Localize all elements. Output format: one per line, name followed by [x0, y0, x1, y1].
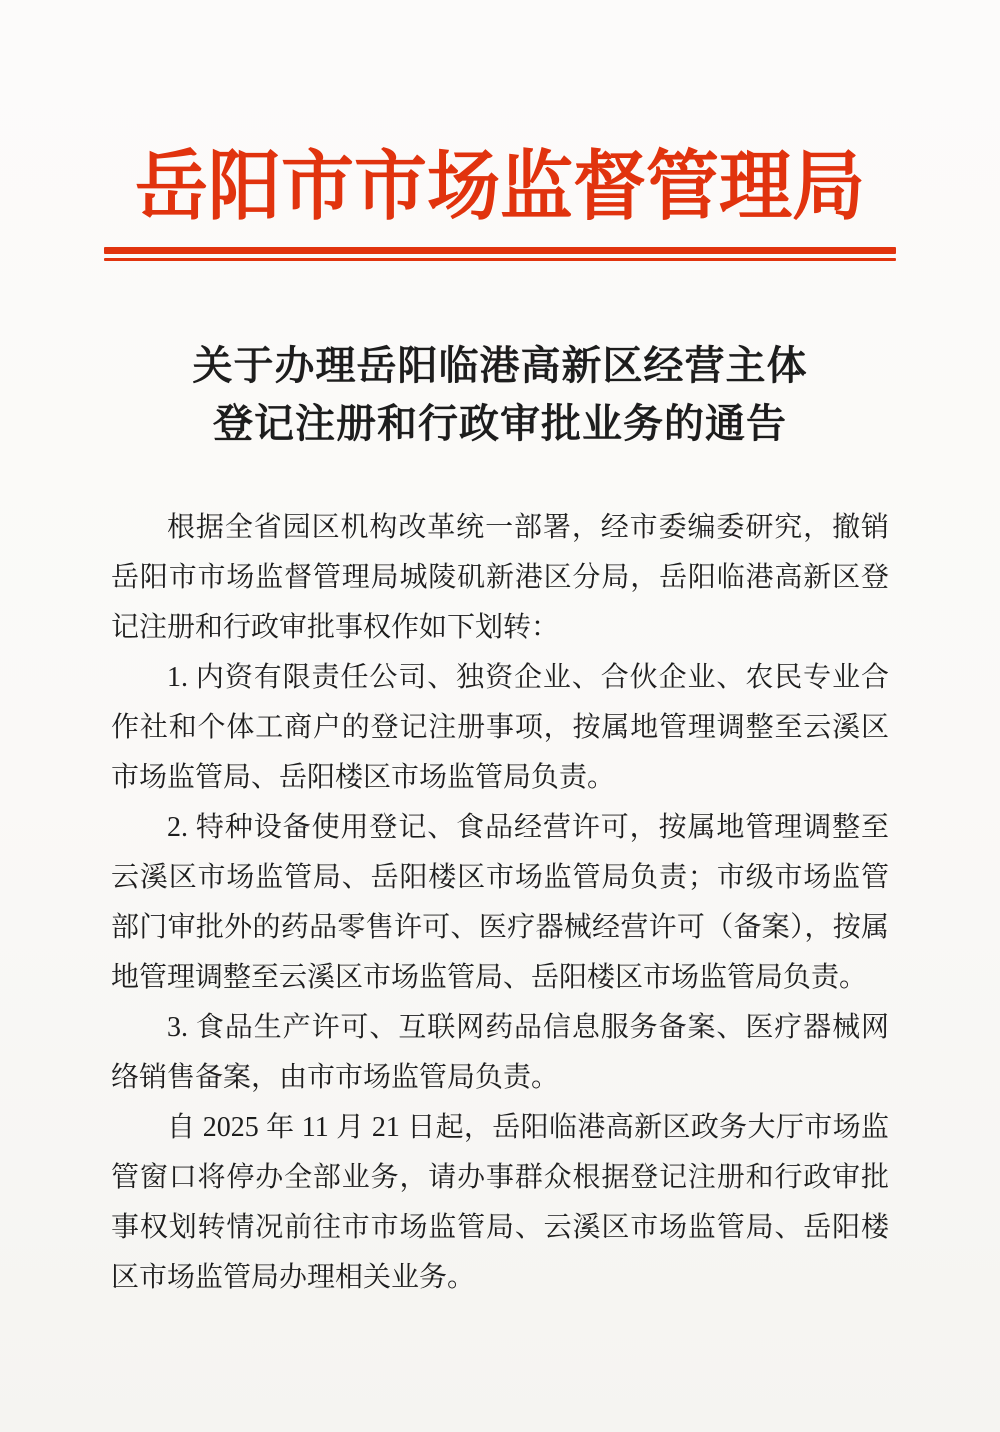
document-title-line-1: 关于办理岳阳临港高新区经营主体 — [0, 337, 1000, 395]
document-title: 关于办理岳阳临港高新区经营主体 登记注册和行政审批业务的通告 — [0, 337, 1000, 453]
body-paragraph-item-1: 1. 内资有限责任公司、独资企业、合伙企业、农民专业合作社和个体工商户的登记注册… — [111, 653, 889, 803]
document-title-line-2: 登记注册和行政审批业务的通告 — [0, 395, 1000, 453]
body-paragraph-item-2: 2. 特种设备使用登记、食品经营许可，按属地管理调整至云溪区市场监管局、岳阳楼区… — [111, 803, 889, 1003]
letterhead: 岳阳市市场监督管理局 — [0, 0, 1000, 261]
document-body: 根据全省园区机构改革统一部署，经市委编委研究，撤销岳阳市市场监督管理局城陵矶新港… — [111, 503, 889, 1303]
letterhead-rule-thin — [104, 258, 896, 261]
letterhead-agency-name: 岳阳市市场监督管理局 — [0, 148, 1000, 228]
body-paragraph-effective-date: 自 2025 年 11 月 21 日起，岳阳临港高新区政务大厅市场监管窗口将停办… — [111, 1103, 889, 1303]
body-paragraph-intro: 根据全省园区机构改革统一部署，经市委编委研究，撤销岳阳市市场监督管理局城陵矶新港… — [111, 503, 889, 653]
document-page: 岳阳市市场监督管理局 关于办理岳阳临港高新区经营主体 登记注册和行政审批业务的通… — [0, 0, 1000, 1432]
body-paragraph-item-3: 3. 食品生产许可、互联网药品信息服务备案、医疗器械网络销售备案，由市市场监管局… — [111, 1003, 889, 1103]
letterhead-rule-thick — [104, 247, 896, 254]
